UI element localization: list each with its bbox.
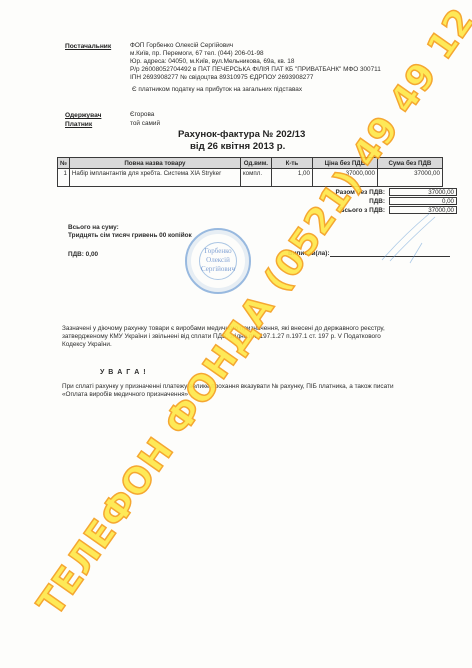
payer-value: той самий	[130, 120, 160, 128]
amount-words-label: Всього на суму:	[68, 224, 119, 232]
col-quantity: К-ть	[271, 158, 312, 169]
supplier-label: Постачальник	[65, 43, 111, 50]
invoice-date: від 26 квітня 2013 р.	[190, 141, 285, 152]
stamp-line-2: Олексій	[187, 256, 249, 264]
supplier-legal-address: Юр. адреса: 04050, м.Київ, вул.Мельников…	[130, 58, 294, 66]
invoice-page: Постачальник ФОП Горбенко Олексій Сергій…	[0, 0, 472, 668]
supplier-tax-note: Є платником податку на прибуток на загал…	[132, 86, 302, 94]
subtotal-value: 37000,00	[389, 188, 457, 196]
col-unit: Од.вим.	[240, 158, 271, 169]
col-product-name: Повна назва товару	[69, 158, 240, 169]
row-quantity: 1,00	[271, 169, 312, 187]
supplier-bank-account: Р/р 26008052704492 в ПАТ ПЕЧЕРСЬКА ФІЛІЯ…	[130, 66, 381, 74]
row-number: 1	[58, 169, 70, 187]
row-sum: 37000,00	[377, 169, 442, 187]
vat-value: 0,00	[389, 197, 457, 205]
company-stamp-icon: Горбенко Олексій Сергійович	[185, 228, 251, 294]
attention-line-2: «Оплата виробів медичного призначення»	[62, 391, 188, 399]
stamp-line-3: Сергійович	[187, 265, 249, 273]
supplier-name: ФОП Горбенко Олексій Сергійович	[130, 42, 233, 50]
supplier-tax-ids: ІПН 2693908277 № свідоцтва 89310975 ЄДРП…	[130, 74, 313, 82]
invoice-title: Рахунок-фактура № 202/13	[178, 129, 305, 140]
vat-summary: ПДВ: 0,00	[68, 251, 98, 259]
row-product-name: Набір імплантантів для хребта. Система X…	[69, 169, 240, 187]
phone-watermark: ТЕЛЕФОН ФОНДА (0521) 49 49 12	[30, 1, 472, 624]
supplier-address: м.Київ, пр. Перемоги, 67 тел. (044) 206-…	[130, 50, 264, 58]
stamp-line-1: Горбенко	[187, 247, 249, 255]
attention-title: У В А Г А !	[100, 369, 147, 377]
legal-note-line-3: Кодексу України.	[62, 341, 112, 349]
signature-icon	[380, 205, 440, 265]
col-number: №	[58, 158, 70, 169]
recipient-label: Одержувач	[65, 112, 101, 119]
table-row: 1 Набір імплантантів для хребта. Система…	[58, 169, 443, 187]
payer-label: Платник	[65, 121, 92, 128]
amount-words-value: Тридцять сім тисяч гривень 00 копійок	[68, 232, 192, 240]
row-unit: компл.	[240, 169, 271, 187]
recipient-value: Єгорова	[130, 111, 154, 119]
